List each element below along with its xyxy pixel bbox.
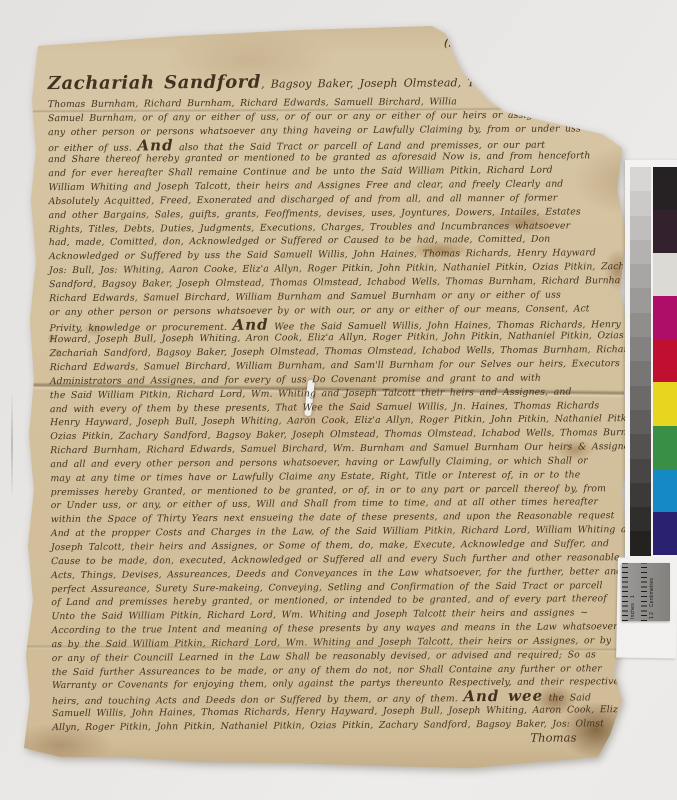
gray-step-9 (630, 386, 651, 410)
patch-magenta (653, 296, 677, 339)
patch-white (653, 253, 677, 296)
manuscript-line: Zachariah Sandford, Bagsoy Baker, Joseph… (48, 68, 658, 98)
ruler-face: Inches 1 1 2 Centimetres (622, 563, 670, 621)
gray-step-14 (630, 507, 651, 531)
patch-black (653, 167, 677, 210)
patch-dark-maroon (653, 210, 677, 253)
gray-step-15 (630, 531, 651, 555)
gray-step-12 (630, 459, 651, 483)
gray-step-1 (630, 191, 651, 215)
color-patch-column (653, 167, 677, 556)
manuscript-text: Zachariah Sandford, Bagsoy Baker, Joseph… (48, 68, 663, 749)
gray-step-2 (630, 216, 651, 240)
cm-numbers: 1 2 (649, 612, 655, 619)
gray-step-11 (630, 434, 651, 458)
gray-step-13 (630, 483, 651, 507)
inch-numbers: 1 (630, 595, 636, 598)
patch-indigo (653, 512, 677, 555)
patch-blue (653, 469, 677, 512)
grayscale-strip (630, 167, 651, 556)
gray-step-4 (630, 264, 651, 288)
patch-yellow (653, 382, 677, 425)
gray-step-8 (630, 361, 651, 385)
inches-label: Inches (630, 603, 636, 619)
ruler-card: Inches 1 1 2 Centimetres (622, 563, 670, 621)
photo-backdrop: (3 Zachariah Sandford, Bagsoy Baker, Jos… (0, 0, 677, 800)
patch-green (653, 426, 677, 469)
manuscript-wrapper: (3 Zachariah Sandford, Bagsoy Baker, Jos… (0, 0, 677, 800)
gray-step-10 (630, 410, 651, 434)
gray-step-5 (630, 288, 651, 312)
calibration-columns (630, 167, 677, 556)
centimetres-label: Centimetres (649, 578, 655, 607)
gray-step-7 (630, 337, 651, 361)
patch-red (653, 339, 677, 382)
color-calibration-target (625, 160, 677, 562)
corner-inscription: (3 (443, 35, 458, 52)
manuscript-document: (3 Zachariah Sandford, Bagsoy Baker, Jos… (0, 0, 677, 800)
gray-step-3 (630, 240, 651, 264)
gray-step-6 (630, 313, 651, 337)
gray-step-0 (630, 167, 651, 191)
